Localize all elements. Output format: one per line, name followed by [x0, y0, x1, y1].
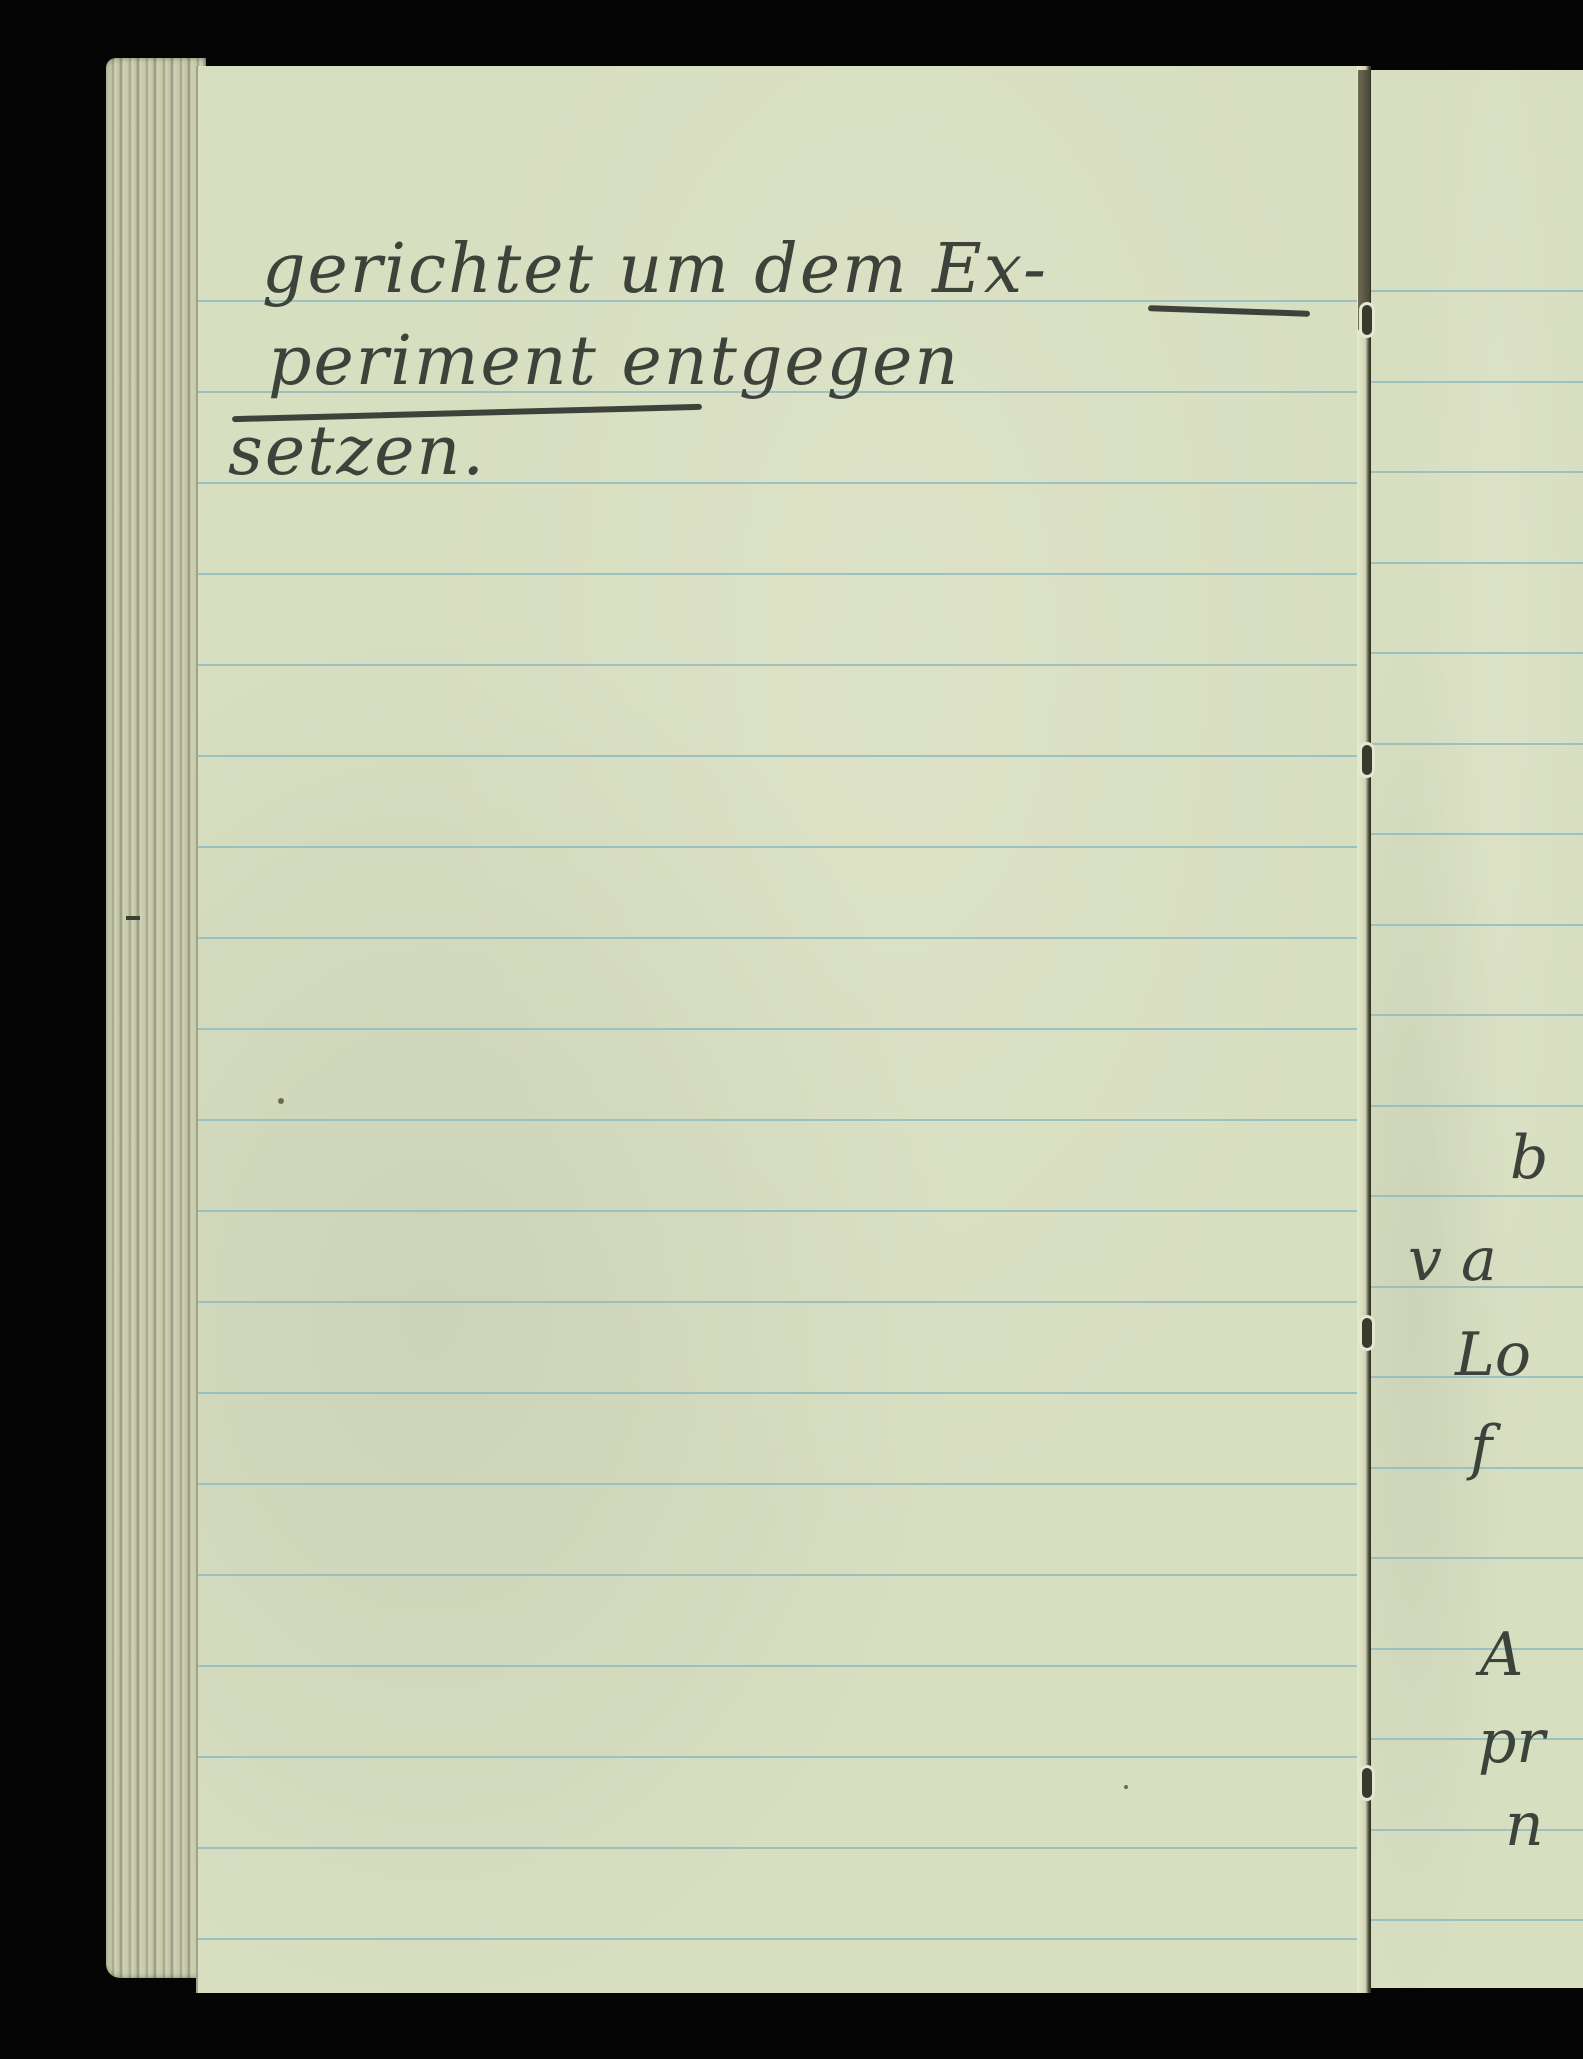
right-fragment-4: f [1470, 1418, 1492, 1478]
binding-stitch [1362, 1318, 1372, 1348]
handwriting-line-2: periment entgegen [268, 328, 960, 396]
right-fragment-6: pr [1478, 1712, 1545, 1772]
handwriting-line-3: setzen. [228, 418, 486, 486]
ruled-line [1371, 1648, 1583, 1650]
ruled-line [198, 1392, 1361, 1394]
ruled-line [1371, 381, 1583, 383]
ruled-line [1371, 1919, 1583, 1921]
paper-speck [1124, 1785, 1128, 1789]
ruled-line [198, 1210, 1361, 1212]
ruled-line [1371, 1557, 1583, 1559]
ruled-line [1371, 1738, 1583, 1740]
ruled-line [198, 1847, 1361, 1849]
stack-mark [126, 916, 140, 920]
ruled-line [1371, 1829, 1583, 1831]
ruled-line [1371, 743, 1583, 745]
binding-stitch [1362, 745, 1372, 775]
binding-stitch [1362, 1768, 1372, 1798]
ruled-line [198, 1938, 1361, 1940]
ruled-line [1371, 471, 1583, 473]
binding-stitch [1362, 305, 1372, 335]
ruled-line [198, 937, 1361, 939]
ruled-line [1371, 562, 1583, 564]
ruled-line [198, 1665, 1361, 1667]
page-stack-edge [106, 58, 206, 1978]
right-fragment-5: A [1480, 1625, 1523, 1685]
ruled-line [198, 573, 1361, 575]
right-fragment-3: Lo [1455, 1325, 1531, 1385]
ruled-line [1371, 833, 1583, 835]
ruled-line [1371, 924, 1583, 926]
ruled-line [1371, 1195, 1583, 1197]
ruled-line [198, 664, 1361, 666]
ruled-line [1371, 1105, 1583, 1107]
handwriting-line-1: gerichtet um dem Ex- [262, 236, 1048, 304]
ruled-line [198, 1756, 1361, 1758]
gutter-shadow [1358, 70, 1370, 330]
right-fragment-7: n [1505, 1795, 1544, 1855]
ruled-line [198, 1119, 1361, 1121]
ruled-line [198, 1574, 1361, 1576]
ruled-line [198, 755, 1361, 757]
book-gutter [1357, 66, 1371, 1993]
ruled-line [198, 846, 1361, 848]
right-fragment-2: v a [1408, 1230, 1497, 1290]
ruled-line [198, 1301, 1361, 1303]
ruled-line [1371, 652, 1583, 654]
ruled-line [198, 1483, 1361, 1485]
right-fragment-1: b [1510, 1128, 1548, 1188]
ruled-line [1371, 1014, 1583, 1016]
right-page [1371, 70, 1583, 1988]
paper-speck [278, 1098, 284, 1104]
ruled-line [1371, 290, 1583, 292]
ruled-line [198, 1028, 1361, 1030]
